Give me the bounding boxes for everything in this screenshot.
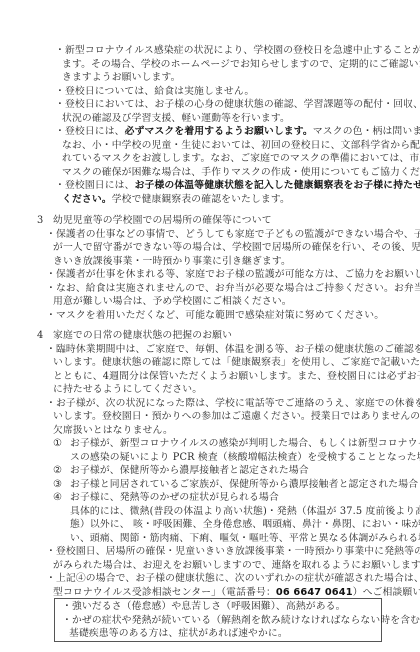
section-4-text: ・上記④の場合で、お子様の健康状態に、次のいずれかの症状が確認された場合は、「新 bbox=[46, 572, 420, 586]
bullet-text: 状況の確認及び学習支援、軽い運動等を行います。 bbox=[62, 112, 290, 126]
section-4-text: ・お子様が、次の状況になった際は、学校に電話等でご連絡のうえ、家庭での休養をお願 bbox=[46, 397, 420, 411]
mask-bullet-emphasis: 必ずマスクを着用するようお願いします。 bbox=[125, 126, 313, 137]
section-3-number: 3 bbox=[37, 214, 43, 228]
mask-bullet: ・登校日には、必ずマスクを着用するようお願いします。マスクの色・柄は問いません。 bbox=[55, 125, 420, 139]
section-3-text: ・なお、給食は実施されませんので、お弁当が必要な場合はご持参ください。お弁当のご bbox=[46, 282, 420, 296]
section-4-text: に持たせるようにしてください。 bbox=[53, 383, 202, 397]
section-4-title: 家庭での日常の健康状態の把握のお願い bbox=[53, 329, 232, 343]
health-sheet-bullet-cont: ください。学校で健康観察表の確認をいたします。 bbox=[62, 193, 290, 207]
condition-text: お子様に、発熱等のかぜの症状が見られる場合 bbox=[70, 491, 279, 505]
condition-number: ① bbox=[53, 437, 62, 451]
bullet-text: ます。その場合、学校のホームページでお知らせしますので、定期的にご確認いただ bbox=[62, 58, 420, 72]
symptom-item: ・かぜの症状や発熱が続いている（解熱剤を飲み続けなければならない時を含む）。 bbox=[62, 614, 420, 628]
condition-text: い、頭痛、関節・筋肉痛、下痢、嘔気・嘔吐等、平常と異なる体調がみられる場合 bbox=[70, 532, 420, 546]
section-4-text: がみられた場合は、お迎えをお願いしますので、連絡を取れるようにお願いします。 bbox=[53, 559, 420, 573]
section-4-text: いします。健康状態の確認に際しては「健康観察表」を使用し、ご家庭で記載いただく bbox=[53, 356, 420, 370]
consult-suffix: ）へご相談願います。 bbox=[353, 587, 420, 598]
bullet-text: ・新型コロナウイルス感染症の状況により、学校園の登校日を急遽中止することがあり bbox=[55, 44, 420, 58]
bullet-text: れているマスクをお渡しします。なお、ご家庭でのマスクの準備においては、市販の bbox=[62, 152, 420, 166]
condition-text: お子様と同居されているご家族が、保健所等から濃厚接触者と認定された場合 bbox=[70, 478, 418, 492]
section-3-title: 幼児児童等の学校園での居場所の確保等について bbox=[53, 214, 272, 228]
condition-text: お子様が、保健所等から濃厚接触者と認定された場合 bbox=[70, 464, 309, 478]
bullet-text: ・登校日においては、お子様の心身の健康状態の確認、学習課題等の配付・回収、学習 bbox=[55, 98, 420, 112]
health-sheet-bullet: ・登校園日には、お子様の体温等健康状態を記入した健康観察表をお子様に持たせて bbox=[55, 179, 420, 193]
section-4-text: いします。登校園日・預かりへの参加はご遠慮ください。授業日ではありませんので、 bbox=[53, 410, 420, 424]
section-4-text: ・臨時休業期間中は、ご家庭で、毎朝、体温を測る等、お子様の健康状態のご確認をお願 bbox=[46, 343, 420, 357]
bullet-text: なお、小・中学校の児童・生徒においては、初回の登校日に、文部科学省から配付さ bbox=[62, 139, 420, 153]
condition-text: 具体的には、微熱(普段の体温より高い状態)・発熱（体温が 37.5 度前後より高… bbox=[70, 505, 420, 519]
section-3-text: きいき放課後事業・一時預かり事業に引き継ぎます。 bbox=[53, 255, 291, 269]
section-3-text: ・保護者が仕事を休まれる等、家庭でお子様の監護が可能な方は、ご協力をお願いします… bbox=[46, 268, 420, 282]
mask-bullet-prefix: ・登校日には、 bbox=[55, 126, 125, 137]
consult-line: 型コロナウイルス受診相談センター」（電話番号：06 6647 0641）へご相談… bbox=[53, 586, 420, 600]
section-3-text: ・保護者の仕事などの事情で、どうしても家庭で子どもの監護ができない場合や、子ども bbox=[46, 228, 420, 242]
bullet-text: きますようお願いします。 bbox=[62, 71, 181, 85]
section-3-text: 用意が難しい場合は、予め学校園にご相談ください。 bbox=[53, 295, 292, 309]
health-sheet-emphasis-cont: ください。 bbox=[62, 194, 112, 205]
section-4-text: ・登校園日、居場所の確保・児童いきいき放課後事業・一時預かり事業中に発熱等の症状 bbox=[46, 545, 420, 559]
condition-text: 態）以外に、 咳・呼吸困難、全身倦怠感、咽頭痛、鼻汁・鼻閉、におい・味がしな bbox=[70, 518, 420, 532]
section-4-text: とともに、4週間分は保管いただくようお願いします。また、登校園日には必ずお子様 bbox=[53, 370, 420, 384]
health-sheet-emphasis: お子様の体温等健康状態を記入した健康観察表をお子様に持たせて bbox=[135, 180, 420, 191]
condition-number: ③ bbox=[53, 478, 62, 492]
bullet-text: ・登校日については、給食は実施しません。 bbox=[55, 85, 254, 99]
condition-number: ④ bbox=[53, 491, 62, 505]
condition-text: スの感染の疑いにより PCR 検査（核酸増幅法検査）を受検することとなった場合 bbox=[70, 451, 420, 465]
section-4-text: 欠席扱いとはなりません。 bbox=[53, 424, 173, 438]
mask-bullet-suffix: マスクの色・柄は問いません。 bbox=[313, 126, 420, 137]
section-3-text: が一人で留守番ができない等の場合は、学校園で居場所の確保を行い、その後、児童い bbox=[53, 241, 420, 255]
consult-phone: 06 6647 0641 bbox=[276, 587, 353, 598]
section-4-number: 4 bbox=[37, 329, 43, 343]
condition-number: ② bbox=[53, 464, 62, 478]
symptom-item: 基礎疾患等のある方は、症状があれば速やかに。 bbox=[69, 627, 288, 641]
bullet-text: マスクの確保が困難な場合は、手作りマスクの作成・使用についてもご協力ください。 bbox=[62, 166, 420, 180]
health-sheet-prefix: ・登校園日には、 bbox=[55, 180, 135, 191]
condition-text: お子様が、新型コロナウイルスの感染が判明した場合、もしくは新型コロナウイル bbox=[70, 437, 420, 451]
consult-prefix: 型コロナウイルス受診相談センター」（電話番号： bbox=[53, 587, 276, 598]
section-3-text: ・マスクを着用いただくなど、可能な範囲で感染症対策に努めてください。 bbox=[46, 309, 384, 323]
health-sheet-suffix: 学校で健康観察表の確認をいたします。 bbox=[112, 194, 290, 205]
document-page: ・新型コロナウイルス感染症の状況により、学校園の登校日を急遽中止することがあり … bbox=[0, 0, 420, 652]
symptom-item: ・強いだるさ（倦怠感）や息苦しさ（呼吸困難）、高熱がある。 bbox=[62, 600, 346, 614]
